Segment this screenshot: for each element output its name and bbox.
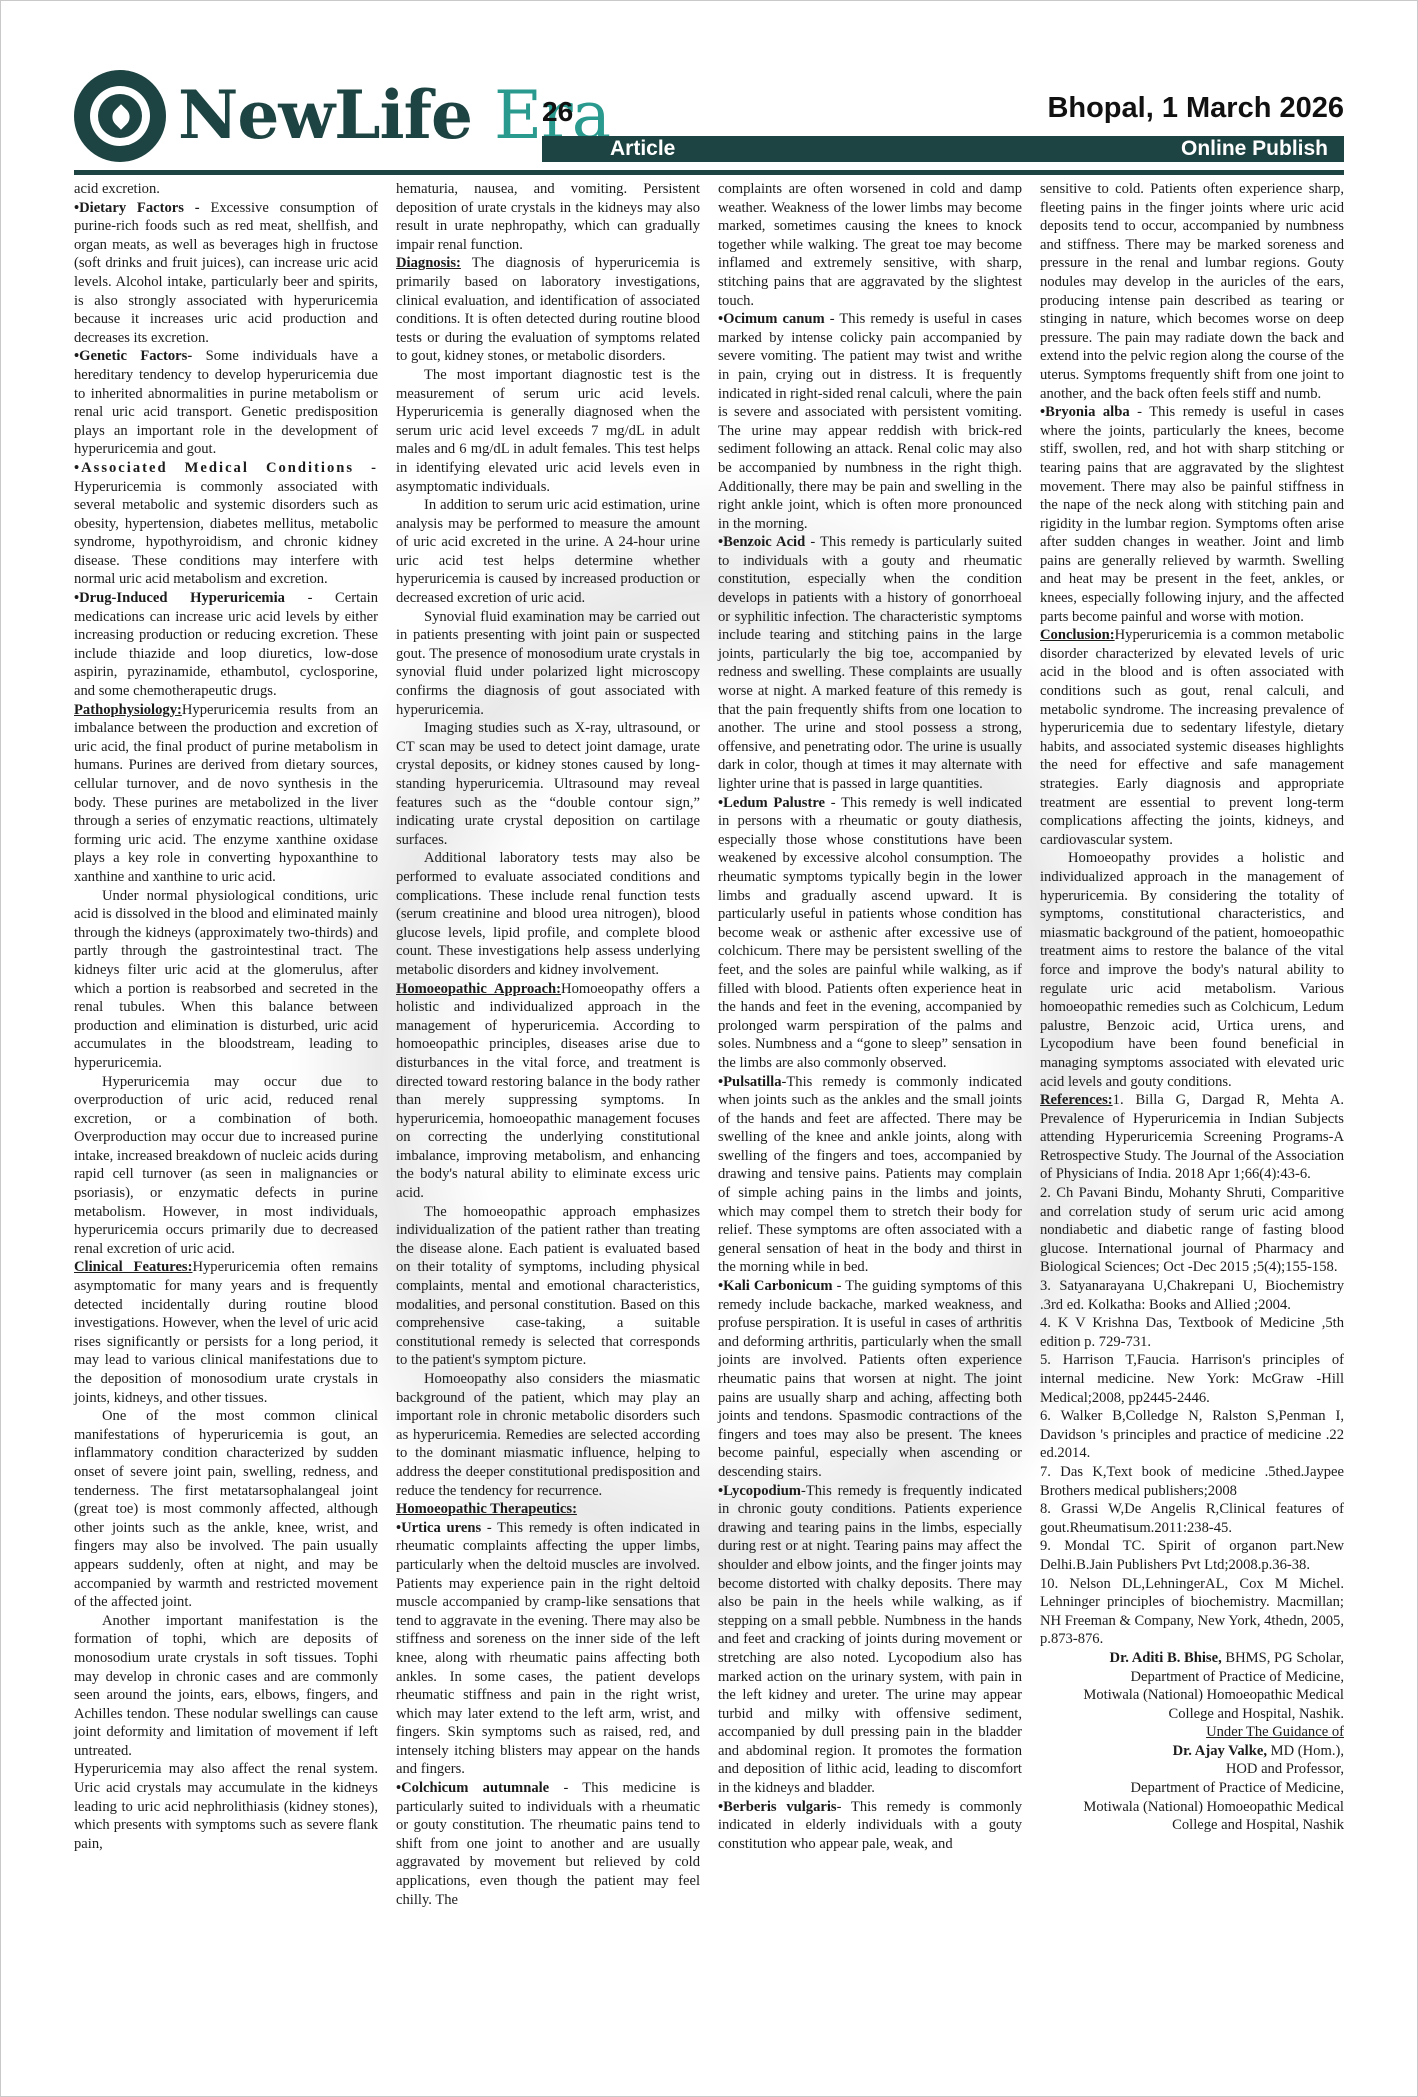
reference-item: 6. Walker B,Colledge N, Ralston S,Penman… (1040, 1407, 1344, 1463)
paragraph: In addition to serum uric acid estimatio… (396, 496, 700, 608)
paragraph: Another important manifestation is the f… (74, 1612, 378, 1761)
reference-item: 3. Satyanarayana U,Chakrepani U, Biochem… (1040, 1277, 1344, 1314)
section-label: Article (610, 136, 675, 162)
paragraph: The most important diagnostic test is th… (396, 366, 700, 496)
column-3: complaints are often worsened in cold an… (718, 180, 1022, 1980)
column-1: acid excretion. •Dietary Factors - Exces… (74, 180, 378, 1980)
paragraph-drug: •Drug-Induced Hyperuricemia - Certain me… (74, 589, 378, 701)
paragraph: Under normal physiological conditions, u… (74, 887, 378, 1073)
remedy-kali-carbonicum: •Kali Carbonicum - The guiding symptoms … (718, 1277, 1022, 1482)
heading-pathophysiology: Pathophysiology: (74, 702, 182, 718)
section-homoeopathic-approach: Homoeopathic Approach:Homoeopathy offers… (396, 980, 700, 1203)
heading-clinical-features: Clinical Features: (74, 1259, 192, 1275)
heading-conclusion: Conclusion: (1040, 627, 1115, 643)
column-4: sensitive to cold. Patients often experi… (1040, 180, 1344, 1980)
paragraph: sensitive to cold. Patients often experi… (1040, 180, 1344, 403)
reference-item: 2. Ch Pavani Bindu, Mohanty Shruti, Comp… (1040, 1184, 1344, 1277)
dateline: Bhopal, 1 March 2026 (1047, 92, 1344, 125)
article-body: acid excretion. •Dietary Factors - Exces… (74, 180, 1344, 1980)
paragraph: The homoeopathic approach emphasizes ind… (396, 1203, 700, 1370)
paragraph-dietary: •Dietary Factors - Excessive consumption… (74, 199, 378, 348)
guidance-label: Under The Guidance of (1206, 1724, 1344, 1740)
paragraph-genetic: •Genetic Factors- Some individuals have … (74, 347, 378, 459)
reference-item: 10. Nelson DL,LehningerAL, Cox M Michel.… (1040, 1575, 1344, 1649)
guide-name: Dr. Ajay Valke, (1173, 1743, 1267, 1759)
paragraph: complaints are often worsened in cold an… (718, 180, 1022, 310)
paragraph: Homoeopathy also considers the miasmatic… (396, 1370, 700, 1500)
leaf-logo-icon (74, 70, 166, 162)
heading-diagnosis: Diagnosis: (396, 255, 461, 271)
header-rule (74, 170, 1344, 175)
section-clinical-features: Clinical Features:Hyperuricemia often re… (74, 1258, 378, 1407)
remedy-ocimum-canum: •Ocimum canum - This remedy is useful in… (718, 310, 1022, 533)
paragraph: Hyperuricemia may also affect the renal … (74, 1760, 378, 1853)
remedy-lycopodium: •Lycopodium-This remedy is frequently in… (718, 1482, 1022, 1798)
section-conclusion: Conclusion:Hyperuricemia is a common met… (1040, 626, 1344, 849)
reference-item: 7. Das K,Text book of medicine .5thed.Ja… (1040, 1463, 1344, 1500)
reference-item: 4. K V Krishna Das, Textbook of Medicine… (1040, 1314, 1344, 1351)
remedy-benzoic-acid: •Benzoic Acid - This remedy is particula… (718, 533, 1022, 793)
paragraph-associated: •Associated Medical Conditions - Hyperur… (74, 459, 378, 589)
remedy-berberis-vulgaris: •Berberis vulgaris- This remedy is commo… (718, 1798, 1022, 1854)
paragraph: Synovial fluid examination may be carrie… (396, 608, 700, 720)
paragraph: Homoeopathy provides a holistic and indi… (1040, 849, 1344, 1091)
reference-item: 9. Mondal TC. Spirit of organon part.New… (1040, 1537, 1344, 1574)
remedy-ledum-palustre: •Ledum Palustre - This remedy is well in… (718, 794, 1022, 1073)
paragraph: Hyperuricemia may occur due to overprodu… (74, 1073, 378, 1259)
remedy-bryonia-alba: •Bryonia alba - This remedy is useful in… (1040, 403, 1344, 626)
paragraph: acid excretion. (74, 180, 378, 199)
paragraph: Additional laboratory tests may also be … (396, 849, 700, 979)
author-name: Dr. Aditi B. Bhise, (1110, 1650, 1222, 1666)
paragraph: hematuria, nausea, and vomiting. Persist… (396, 180, 700, 254)
page-number: 26 (542, 96, 573, 128)
section-pathophysiology: Pathophysiology:Hyperuricemia results fr… (74, 701, 378, 887)
paragraph: One of the most common clinical manifest… (74, 1407, 378, 1612)
brand-part1: NewLife (178, 76, 472, 154)
references-list: References:1. Billa G, Dargad R, Mehta A… (1040, 1091, 1344, 1184)
masthead: NewLife Era 26 Bhopal, 1 March 2026 Arti… (74, 68, 1344, 168)
heading-references: References: (1040, 1092, 1113, 1108)
section-diagnosis: Diagnosis: The diagnosis of hyperuricemi… (396, 254, 700, 366)
paragraph: Imaging studies such as X-ray, ultrasoun… (396, 719, 700, 849)
author-signature: Dr. Aditi B. Bhise, BHMS, PG Scholar, De… (1040, 1649, 1344, 1835)
section-bar: Article Online Publish (542, 136, 1344, 162)
publish-label: Online Publish (1181, 136, 1328, 162)
remedy-urtica-urens: •Urtica urens - This remedy is often ind… (396, 1519, 700, 1779)
heading-therapeutics: Homoeopathic Therapeutics: (396, 1500, 700, 1519)
column-2: hematuria, nausea, and vomiting. Persist… (396, 180, 700, 1980)
reference-item: 8. Grassi W,De Angelis R,Clinical featur… (1040, 1500, 1344, 1537)
remedy-colchicum: •Colchicum autumnale - This medicine is … (396, 1779, 700, 1909)
reference-item: 5. Harrison T,Faucia. Harrison's princip… (1040, 1351, 1344, 1407)
remedy-pulsatilla: •Pulsatilla-This remedy is commonly indi… (718, 1073, 1022, 1278)
heading-homoeopathic-approach: Homoeopathic Approach: (396, 981, 561, 997)
